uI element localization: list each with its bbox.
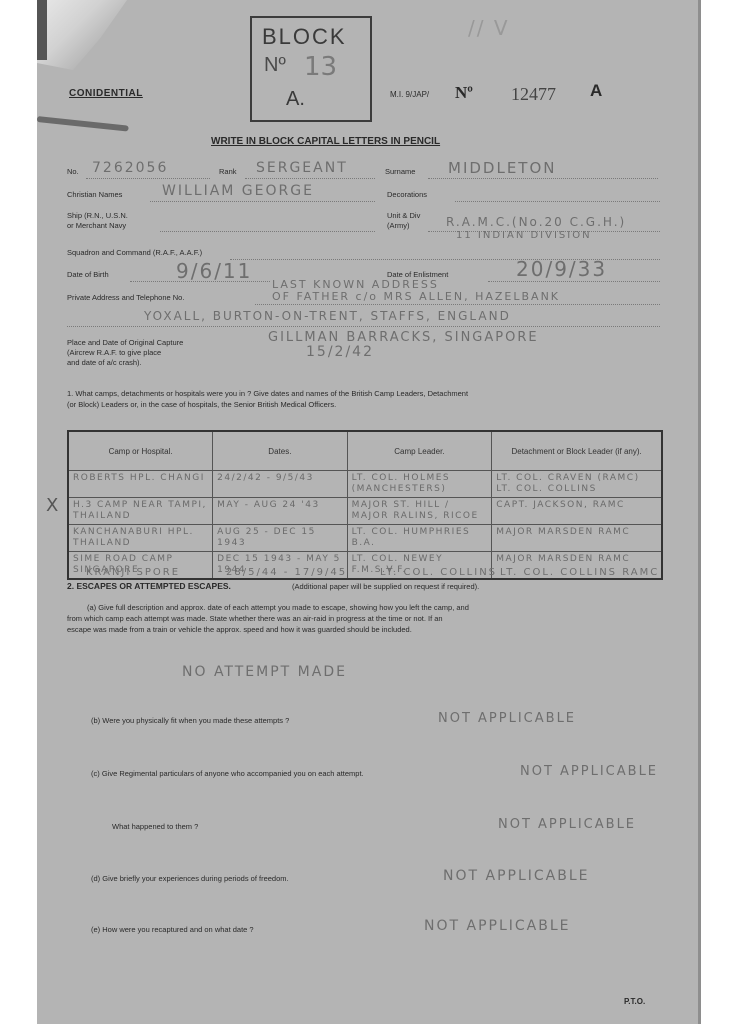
col-leader-header: Camp Leader.	[347, 431, 492, 471]
unit-value-1: R.A.M.C.(No.20 C.G.H.)	[446, 215, 626, 229]
enlistment-value: 20/9/33	[516, 257, 607, 281]
section1-question-line2: (or Block) Leaders or, in the case of ho…	[67, 400, 336, 409]
rank-label: Rank	[219, 167, 237, 176]
capture-label-2: (Aircrew R.A.F. to give place	[67, 348, 161, 357]
section2-c-answer: NOT APPLICABLE	[520, 764, 658, 779]
table-row: H.3 CAMP NEAR TAMPI, THAILAND MAY - AUG …	[68, 498, 662, 525]
table-row: ROBERTS HPL. CHANGI 24/2/42 - 9/5/43 LT.…	[68, 471, 662, 498]
leader-cell: MAJOR ST. HILL / MAJOR RALINS, RICOE	[347, 498, 492, 525]
overflow-camp: KRANJI SPORE	[86, 567, 180, 578]
dob-value: 9/6/11	[176, 259, 252, 283]
dates-cell: 24/2/42 - 9/5/43	[213, 471, 347, 498]
overflow-leader: LT. COL. COLLINS	[380, 567, 497, 578]
section2-a-line2: from which camp each attempt was made. S…	[67, 614, 443, 623]
page-shadow	[37, 0, 47, 60]
unit-label-2: (Army)	[387, 221, 410, 230]
unit-value-2: 11 INDIAN DIVISION	[456, 230, 592, 241]
section2-e-question: (e) How were you recaptured and on what …	[91, 925, 254, 934]
ship-label-2: or Merchant Navy	[67, 221, 126, 230]
block-cell: LT. COL. CRAVEN (RAMC) LT. COL. COLLINS	[492, 471, 662, 498]
confidential-label: CONIDENTIAL	[69, 88, 143, 99]
service-number-value: 7262056	[92, 160, 168, 176]
no-label: No.	[67, 167, 79, 176]
leader-cell: LT. COL. HOLMES (MANCHESTERS)	[347, 471, 492, 498]
section2-b-answer: NOT APPLICABLE	[438, 711, 576, 726]
section2-note: (Additional paper will be supplied on re…	[292, 582, 479, 591]
block-cell: CAPT. JACKSON, RAMC	[492, 498, 662, 525]
capture-label-3: and date of a/c crash).	[67, 358, 142, 367]
squadron-label: Squadron and Command (R.A.F., A.A.F.)	[67, 248, 202, 257]
ship-label-1: Ship (R.N., U.S.N.	[67, 211, 128, 220]
camps-table: Camp or Hospital. Dates. Camp Leader. De…	[67, 430, 663, 580]
form-no-label: Nº	[455, 83, 473, 103]
section2-c2-question: What happened to them ?	[112, 822, 198, 831]
camp-cell: ROBERTS HPL. CHANGI	[68, 471, 213, 498]
capture-value-1: GILLMAN BARRACKS, SINGAPORE	[268, 330, 539, 345]
stamp-letter: A.	[286, 88, 305, 111]
capture-value-2: 15/2/42	[306, 344, 374, 360]
stamp-block: BLOCK	[262, 24, 347, 50]
address-value-1: OF FATHER c/o MRS ALLEN, HAZELBANK	[272, 290, 560, 303]
section2-c-question: (c) Give Regimental particulars of anyon…	[91, 769, 364, 778]
col-camp-header: Camp or Hospital.	[68, 431, 213, 471]
christian-names-label: Christian Names	[67, 190, 122, 199]
decorations-label: Decorations	[387, 190, 427, 199]
section2-e-answer: NOT APPLICABLE	[424, 918, 571, 934]
col-dates-header: Dates.	[213, 431, 347, 471]
unit-label-1: Unit & Div	[387, 211, 420, 220]
section2-a-line1: (a) Give full description and approx. da…	[87, 603, 469, 612]
section2-c2-answer: NOT APPLICABLE	[498, 817, 636, 832]
dates-cell: AUG 25 - DEC 15 1943	[213, 525, 347, 552]
rank-value: SERGEANT	[256, 160, 348, 176]
section2-title: 2. ESCAPES OR ATTEMPTED ESCAPES.	[67, 581, 231, 591]
pto-label: P.T.O.	[624, 997, 645, 1006]
page-edge	[698, 0, 701, 1024]
capture-label-1: Place and Date of Original Capture	[67, 338, 183, 347]
camp-cell: H.3 CAMP NEAR TAMPI, THAILAND	[68, 498, 213, 525]
address-label: Private Address and Telephone No.	[67, 293, 184, 302]
table-row: KANCHANABURI HPL. THAILAND AUG 25 - DEC …	[68, 525, 662, 552]
instruction-heading: WRITE IN BLOCK CAPITAL LETTERS IN PENCIL	[211, 136, 440, 147]
address-value-2: YOXALL, BURTON-ON-TRENT, STAFFS, ENGLAND	[144, 309, 511, 323]
dob-label: Date of Birth	[67, 270, 109, 279]
section2-a-answer: NO ATTEMPT MADE	[182, 664, 347, 680]
form-number: 12477	[511, 84, 556, 105]
stamp-no-label: Nº	[264, 54, 286, 77]
form-suffix: A	[590, 81, 602, 101]
section2-a-line3: escape was made from a train or vehicle …	[67, 625, 412, 634]
dates-cell: MAY - AUG 24 '43	[213, 498, 347, 525]
surname-value: MIDDLETON	[448, 159, 557, 177]
leader-cell: LT. COL. HUMPHRIES B.A.	[347, 525, 492, 552]
form-ref: M.I. 9/JAP/	[390, 90, 429, 99]
col-block-header: Detachment or Block Leader (if any).	[492, 431, 662, 471]
section2-d-question: (d) Give briefly your experiences during…	[91, 874, 289, 883]
camp-cell: KANCHANABURI HPL. THAILAND	[68, 525, 213, 552]
block-stamp: BLOCK Nº 13 A.	[250, 16, 372, 122]
corner-mark: // V	[468, 16, 510, 40]
block-cell: MAJOR MARSDEN RAMC	[492, 525, 662, 552]
section1-question-line1: 1. What camps, detachments or hospitals …	[67, 389, 468, 398]
overflow-dates: 28/5/44 - 17/9/45	[226, 567, 347, 578]
margin-mark: X	[46, 495, 60, 516]
overflow-block: LT. COL. COLLINS RAMC	[500, 567, 659, 578]
surname-label: Surname	[385, 167, 415, 176]
stamp-no-value: 13	[304, 52, 337, 82]
christian-names-value: WILLIAM GEORGE	[162, 183, 314, 199]
section2-d-answer: NOT APPLICABLE	[443, 868, 590, 884]
section2-b-question: (b) Were you physically fit when you mad…	[91, 716, 289, 725]
